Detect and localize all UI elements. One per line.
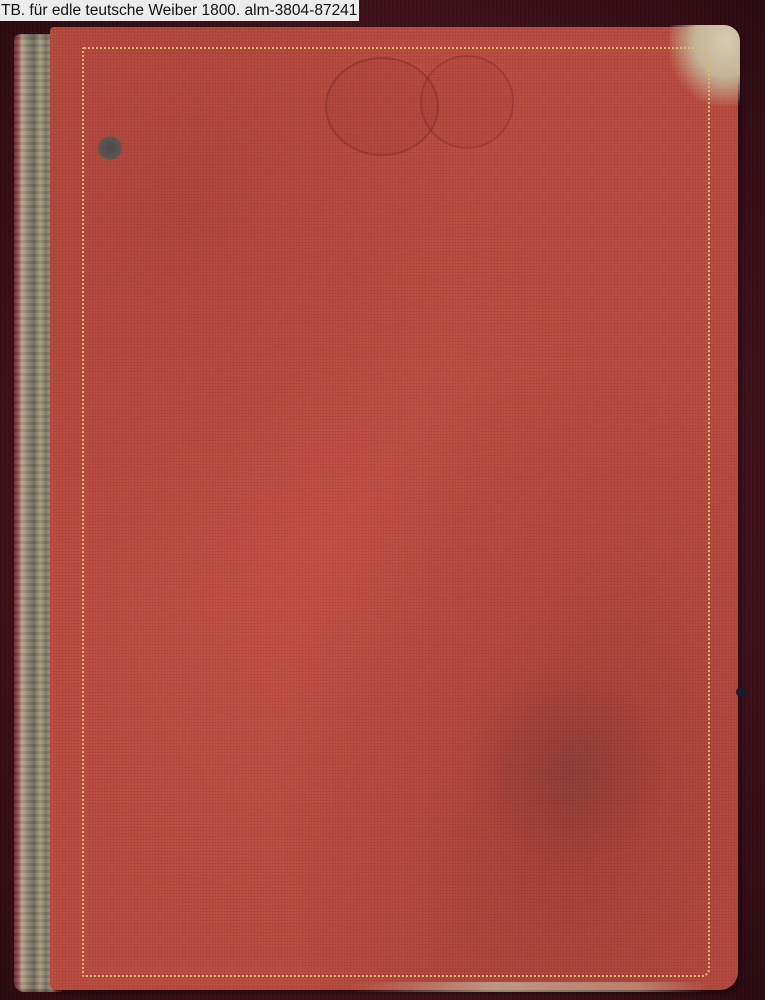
book-photo: TB. für edle teutsche Weiber 1800. alm-3… xyxy=(0,0,765,1000)
stain-spot xyxy=(98,136,122,160)
worn-bottom-edge xyxy=(350,982,710,992)
discoloration-patch xyxy=(470,667,670,867)
image-caption: TB. für edle teutsche Weiber 1800. alm-3… xyxy=(0,0,359,21)
stain-ring xyxy=(420,55,514,149)
book-front-cover xyxy=(50,27,738,990)
ink-spot xyxy=(736,687,748,697)
